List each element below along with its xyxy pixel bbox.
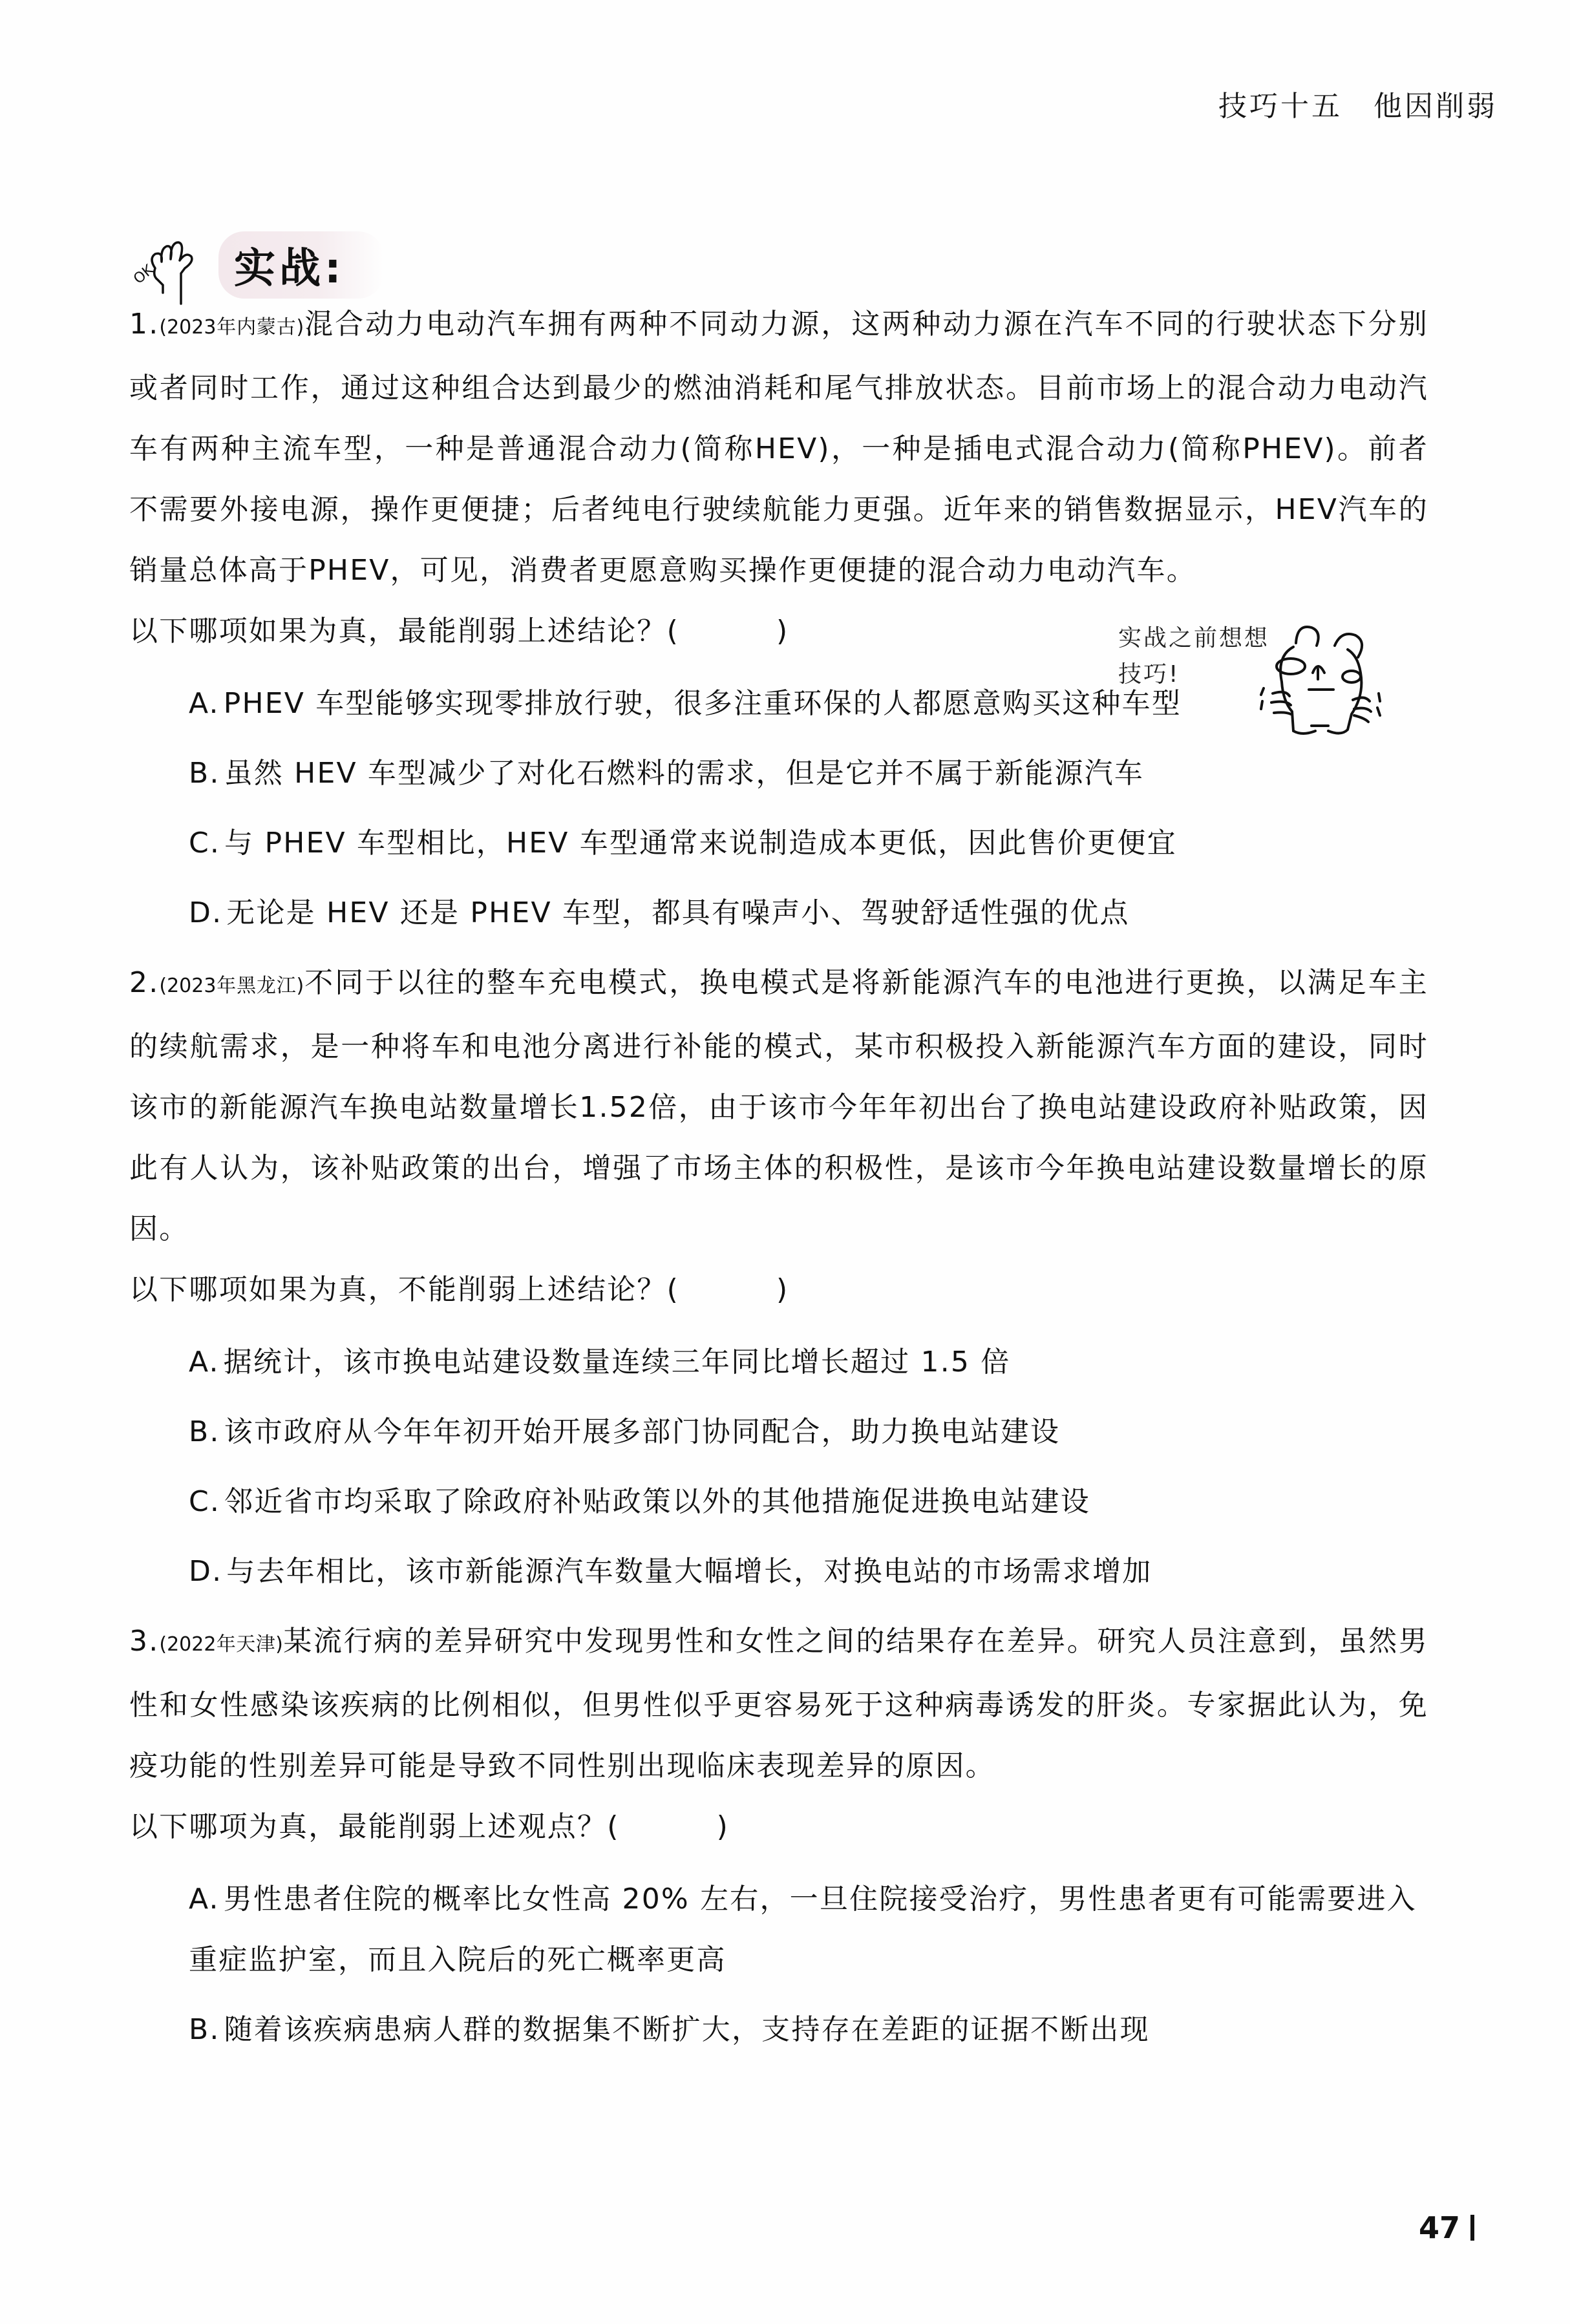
question-source: (2023年黑龙江) (159, 975, 304, 997)
option-list: A.据统计，该市换电站建设数量连续三年同比增长超过 1.5 倍 B.该市政府从今… (129, 1332, 1428, 1602)
question-source: (2022年天津) (159, 1633, 283, 1656)
option-b[interactable]: B.虽然 HEV 车型减少了对化石燃料的需求，但是它并不属于新能源汽车 (189, 743, 1428, 804)
question-stem: 1.(2023年内蒙古)混合动力电动汽车拥有两种不同动力源，这两种动力源在汽车不… (129, 294, 1428, 601)
section-heading: OK 实战: (129, 226, 384, 304)
section-title: 实战: (218, 231, 384, 299)
option-c[interactable]: C.邻近省市均采取了除政府补贴政策以外的其他措施促进换电站建设 (189, 1472, 1428, 1532)
option-b[interactable]: B.该市政府从今年年初开始开展多部门协同配合，助力换电站建设 (189, 1402, 1428, 1463)
running-header: 技巧十五他因削弱 (1218, 83, 1498, 124)
question-number: 2. (129, 966, 159, 999)
option-a[interactable]: A.据统计，该市换电站建设数量连续三年同比增长超过 1.5 倍 (189, 1332, 1428, 1393)
option-a[interactable]: A.男性患者住院的概率比女性高 20% 左右，一旦住院接受治疗，男性患者更有可能… (189, 1869, 1428, 1991)
chapter-topic: 他因削弱 (1374, 90, 1498, 123)
question-3: 3.(2022年天津)某流行病的差异研究中发现男性和女性之间的结果存在差异。研究… (129, 1611, 1428, 2060)
page-number-bar (1470, 2215, 1474, 2241)
exercise-content: 1.(2023年内蒙古)混合动力电动汽车拥有两种不同动力源，这两种动力源在汽车不… (129, 294, 1428, 2069)
question-number: 3. (129, 1625, 159, 1658)
option-d[interactable]: D.无论是 HEV 还是 PHEV 车型，都具有噪声小、驾驶舒适性强的优点 (189, 883, 1428, 944)
option-c[interactable]: C.与 PHEV 车型相比，HEV 车型通常来说制造成本更低，因此售价更便宜 (189, 813, 1428, 874)
question-stem: 2.(2023年黑龙江)不同于以往的整车充电模式，换电模式是将新能源汽车的电池进… (129, 953, 1428, 1260)
question-source: (2023年内蒙古) (159, 316, 304, 339)
option-a[interactable]: A.PHEV 车型能够实现零排放行驶，很多注重环保的人都愿意购买这种车型 (189, 673, 1428, 734)
page-number: 47 (1419, 2210, 1474, 2245)
question-text: 不同于以往的整车充电模式，换电模式是将新能源汽车的电池进行更换，以满足车主的续航… (129, 966, 1428, 1245)
question-2: 2.(2023年黑龙江)不同于以往的整车充电模式，换电模式是将新能源汽车的电池进… (129, 953, 1428, 1602)
question-stem: 3.(2022年天津)某流行病的差异研究中发现男性和女性之间的结果存在差异。研究… (129, 1611, 1428, 1797)
question-1: 1.(2023年内蒙古)混合动力电动汽车拥有两种不同动力源，这两种动力源在汽车不… (129, 294, 1428, 944)
question-prompt: 以下哪项如果为真，最能削弱上述结论？() (129, 601, 1428, 662)
question-text: 混合动力电动汽车拥有两种不同动力源，这两种动力源在汽车不同的行驶状态下分别或者同… (129, 308, 1428, 587)
option-list: A.PHEV 车型能够实现零排放行驶，很多注重环保的人都愿意购买这种车型 B.虽… (129, 673, 1428, 944)
question-prompt: 以下哪项为真，最能削弱上述观点？() (129, 1797, 1428, 1857)
textbook-page: 技巧十五他因削弱 OK 实战: 实战之前想想 技巧! (0, 0, 1570, 2324)
chapter-label: 技巧十五 (1218, 90, 1342, 123)
option-d[interactable]: D.与去年相比，该市新能源汽车数量大幅增长，对换电站的市场需求增加 (189, 1541, 1428, 1602)
question-text: 某流行病的差异研究中发现男性和女性之间的结果存在差异。研究人员注意到，虽然男性和… (129, 1625, 1428, 1782)
option-b[interactable]: B.随着该疾病患病人群的数据集不断扩大，支持存在差距的证据不断出现 (189, 2000, 1428, 2060)
question-number: 1. (129, 308, 159, 341)
question-prompt: 以下哪项如果为真，不能削弱上述结论？() (129, 1260, 1428, 1320)
option-list: A.男性患者住院的概率比女性高 20% 左右，一旦住院接受治疗，男性患者更有可能… (129, 1869, 1428, 2060)
